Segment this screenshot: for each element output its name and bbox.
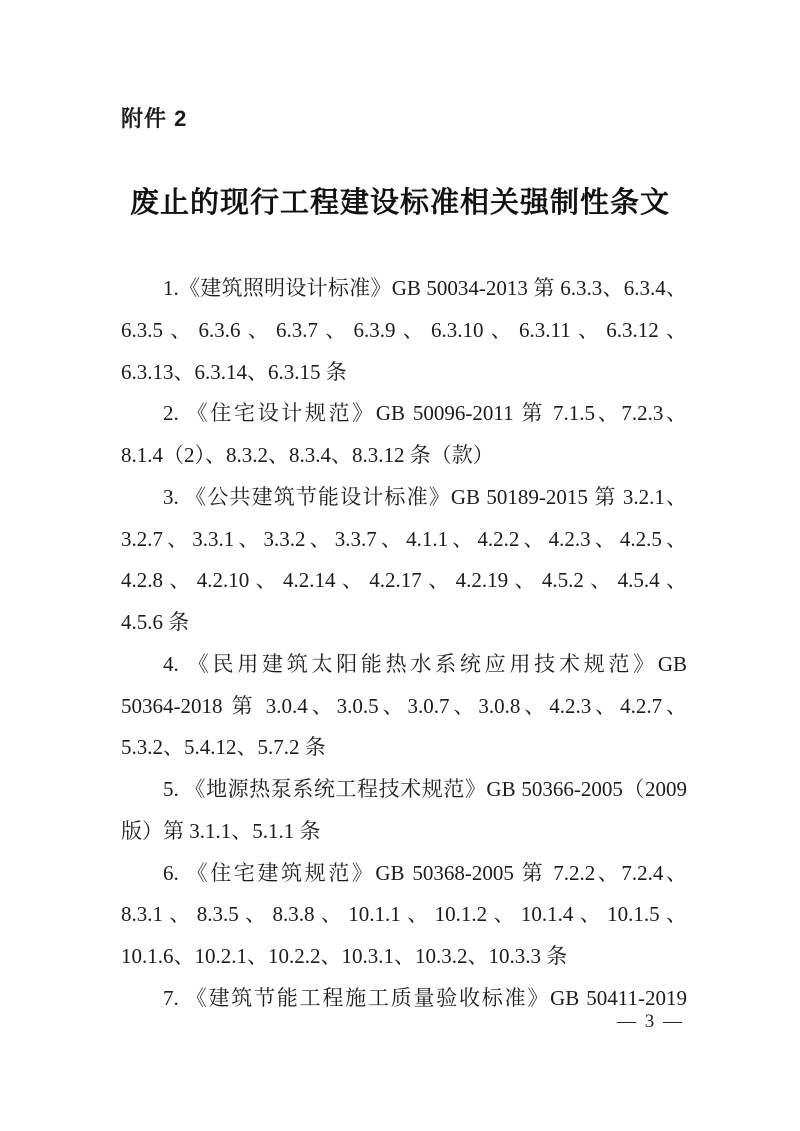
body-line: 8.1.4（2）、8.3.2、8.3.4、8.3.12 条（款） [121, 435, 687, 477]
paragraph: 3. 《公共建筑节能设计标准》GB 50189-2015 第 3.2.1、 3.… [121, 477, 687, 644]
body-line: 5.3.2、5.4.12、5.7.2 条 [121, 727, 687, 769]
body-line: 10.1.6、10.2.1、10.2.2、10.3.1、10.3.2、10.3.… [121, 936, 687, 978]
body-line: 3. 《公共建筑节能设计标准》GB 50189-2015 第 3.2.1、 [121, 477, 687, 519]
body-line: 1.《建筑照明设计标准》GB 50034-2013 第 6.3.3、6.3.4、 [121, 268, 687, 310]
body-line: 7. 《建筑节能工程施工质量验收标准》GB 50411-2019 [121, 978, 687, 1020]
body-line: 6. 《住宅建筑规范》GB 50368-2005 第 7.2.2、7.2.4、 [121, 853, 687, 895]
body-line: 4.2.8、4.2.10、4.2.14、4.2.17、4.2.19、4.5.2、… [121, 560, 687, 602]
body-line: 3.2.7、3.3.1、3.3.2、3.3.7、4.1.1、4.2.2、4.2.… [121, 519, 687, 561]
body-line: 5. 《地源热泵系统工程技术规范》GB 50366-2005（2009 [121, 769, 687, 811]
body-line: 4.5.6 条 [121, 602, 687, 644]
paragraph: 5. 《地源热泵系统工程技术规范》GB 50366-2005（2009 版）第 … [121, 769, 687, 853]
paragraph: 7. 《建筑节能工程施工质量验收标准》GB 50411-2019 [121, 978, 687, 1020]
paragraph: 6. 《住宅建筑规范》GB 50368-2005 第 7.2.2、7.2.4、 … [121, 853, 687, 978]
body-line: 8.3.1、8.3.5、8.3.8、10.1.1、10.1.2、10.1.4、1… [121, 894, 687, 936]
paragraph: 2. 《住宅设计规范》GB 50096-2011 第 7.1.5、7.2.3、 … [121, 393, 687, 477]
body-line: 50364-2018 第 3.0.4、3.0.5、3.0.7、3.0.8、4.2… [121, 686, 687, 728]
page-title: 废止的现行工程建设标准相关强制性条文 [0, 180, 800, 221]
document-page: 附件 2 废止的现行工程建设标准相关强制性条文 1.《建筑照明设计标准》GB 5… [0, 0, 800, 1131]
attachment-label: 附件 2 [121, 102, 187, 133]
body-line: 2. 《住宅设计规范》GB 50096-2011 第 7.1.5、7.2.3、 [121, 393, 687, 435]
body-line: 6.3.13、6.3.14、6.3.15 条 [121, 352, 687, 394]
document-body: 1.《建筑照明设计标准》GB 50034-2013 第 6.3.3、6.3.4、… [121, 268, 687, 1020]
body-line: 版）第 3.1.1、5.1.1 条 [121, 811, 687, 853]
body-line: 6.3.5、6.3.6、6.3.7、6.3.9、6.3.10、6.3.11、6.… [121, 310, 687, 352]
page-number: — 3 — [617, 1011, 684, 1033]
paragraph: 4. 《民用建筑太阳能热水系统应用技术规范》GB 50364-2018 第 3.… [121, 644, 687, 769]
body-line: 4. 《民用建筑太阳能热水系统应用技术规范》GB [121, 644, 687, 686]
paragraph: 1.《建筑照明设计标准》GB 50034-2013 第 6.3.3、6.3.4、… [121, 268, 687, 393]
